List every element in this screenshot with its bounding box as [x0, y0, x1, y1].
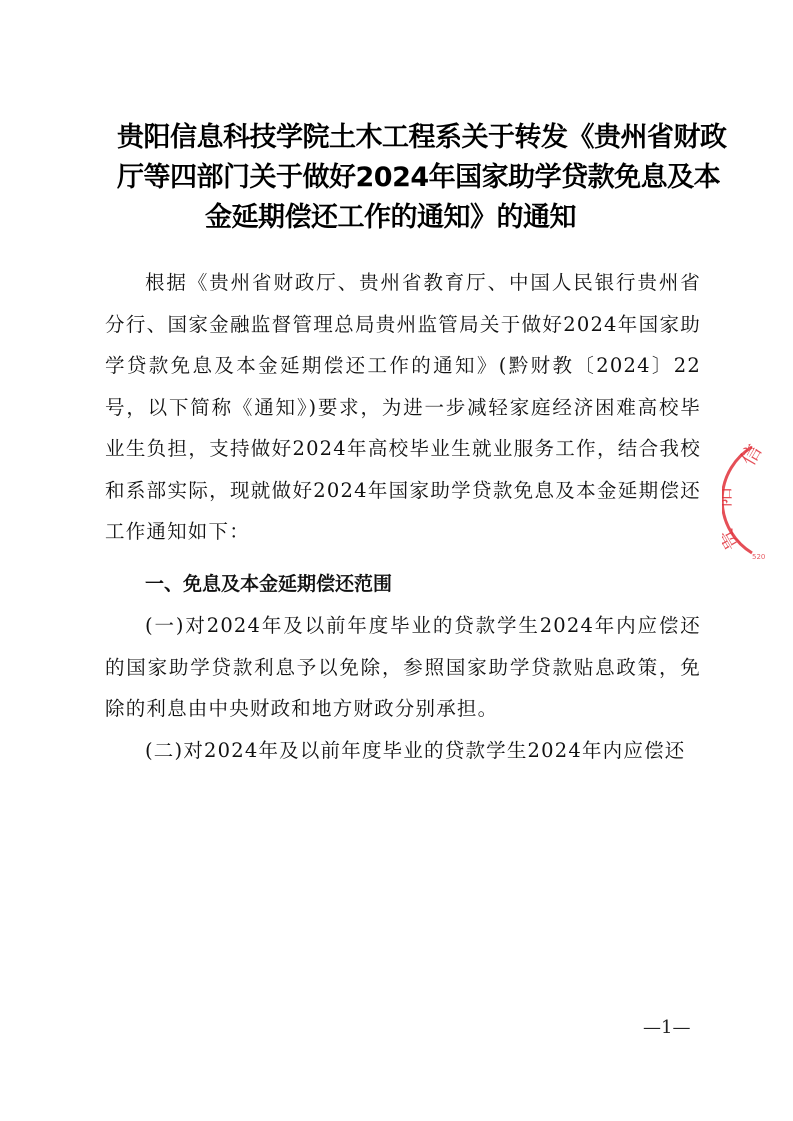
document-title: 贵阳信息科技学院土木工程系关于转发《贵州省财政 厅等四部门关于做好2024年国家… — [117, 118, 793, 238]
document-page: 贵阳信息科技学院土木工程系关于转发《贵州省财政 厅等四部门关于做好2024年国家… — [0, 0, 793, 1121]
title-line-1: 贵阳信息科技学院土木工程系关于转发《贵州省财政 — [117, 118, 793, 158]
svg-text:贵: 贵 — [722, 523, 744, 554]
svg-text:520: 520 — [752, 553, 765, 561]
svg-text:阳: 阳 — [722, 487, 735, 507]
title-line-2: 厅等四部门关于做好2024年国家助学贷款免息及本 — [117, 158, 793, 198]
section-paragraph-1: (一)对2024年及以前年度毕业的贷款学生2024年内应偿还的国家助学贷款利息予… — [105, 605, 701, 730]
section-heading: 一、免息及本金延期偿还范围 — [105, 564, 701, 606]
official-seal-icon: 信 阳 贵 520 — [722, 425, 793, 565]
document-body: 根据《贵州省财政厅、贵州省教育厅、中国人民银行贵州省分行、国家金融监督管理总局贵… — [105, 262, 701, 771]
section-paragraph-2: (二)对2024年及以前年度毕业的贷款学生2024年内应偿还 — [105, 730, 701, 772]
svg-text:信: 信 — [736, 440, 767, 469]
page-number: —1— — [643, 1017, 690, 1038]
title-line-3: 金延期偿还工作的通知》的通知 — [117, 198, 793, 238]
intro-paragraph: 根据《贵州省财政厅、贵州省教育厅、中国人民银行贵州省分行、国家金融监督管理总局贵… — [105, 262, 701, 553]
